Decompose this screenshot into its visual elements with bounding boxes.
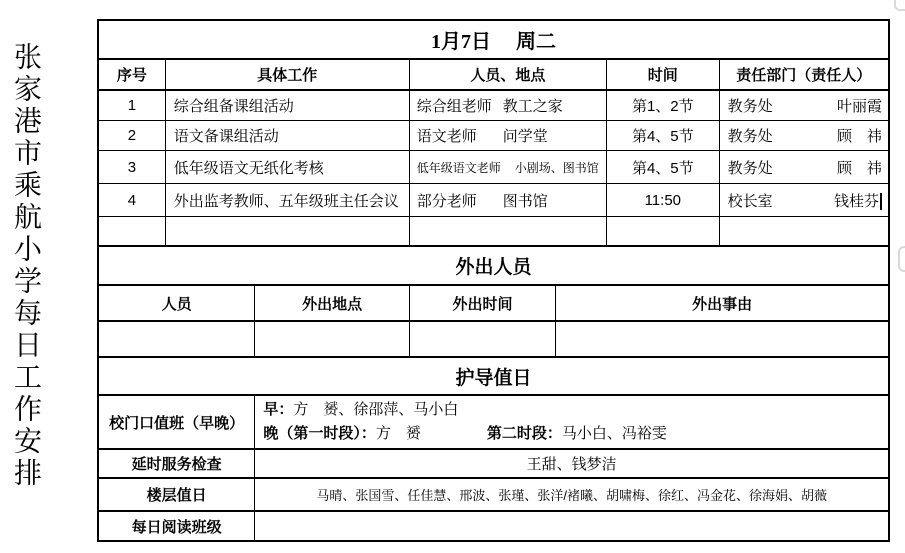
page: 张家港市乘航小学每日工作安排 1月7日 周二 序号 具体工作 人员、地点 时间 … xyxy=(0,0,905,553)
outing-header-time[interactable]: 外出时间 xyxy=(410,286,556,320)
empty-cell[interactable] xyxy=(410,322,556,356)
main-table-header-row: 序号 具体工作 人员、地点 时间 责任部门（责任人） xyxy=(99,60,888,91)
text-cursor xyxy=(880,193,882,210)
cell-no-1[interactable]: 1 xyxy=(99,91,166,120)
floor-duty-label[interactable]: 楼层值日 xyxy=(99,479,255,510)
header-no[interactable]: 序号 xyxy=(99,60,166,89)
gate-duty-content[interactable]: 早：方 赟、徐邵萍、马小白 晚（第一时段）：方 赟第二时段：马小白、冯裕雯 xyxy=(255,396,888,448)
daily-reading-names[interactable] xyxy=(255,512,888,540)
empty-cell[interactable] xyxy=(166,217,410,245)
header-personnel-location[interactable]: 人员、地点 xyxy=(410,60,607,89)
gate-second-names: 马小白、冯裕雯 xyxy=(562,425,667,442)
date-header-text: 1月7日 周二 xyxy=(431,25,556,54)
delay-check-label[interactable]: 延时服务检查 xyxy=(99,450,255,477)
cell-time-3[interactable]: 第4、5节 xyxy=(607,151,720,183)
delay-check-names[interactable]: 王甜、钱梦洁 xyxy=(255,450,888,477)
table-row-empty xyxy=(99,217,888,247)
cell-time-4[interactable]: 11:50 xyxy=(607,184,720,216)
outing-header-place[interactable]: 外出地点 xyxy=(255,286,409,320)
header-dept[interactable]: 责任部门（责任人） xyxy=(720,60,888,89)
empty-cell[interactable] xyxy=(99,217,166,245)
empty-cell[interactable] xyxy=(607,217,720,245)
cell-personnel-3[interactable]: 低年级语文老师小剧场、图书馆 xyxy=(410,151,607,183)
cell-dept-2[interactable]: 教务处顾 祎 xyxy=(720,121,888,150)
empty-cell[interactable] xyxy=(410,217,607,245)
outing-header-row: 人员 外出地点 外出时间 外出事由 xyxy=(99,286,888,322)
gate-morning-label: 早： xyxy=(263,401,293,418)
gate-morning-names: 方 赟、徐邵萍、马小白 xyxy=(293,401,458,418)
cell-time-2[interactable]: 第4、5节 xyxy=(607,121,720,150)
cell-dept-3[interactable]: 教务处顾 祎 xyxy=(720,151,888,183)
gate-duty-row: 校门口值班（早晚） 早：方 赟、徐邵萍、马小白 晚（第一时段）：方 赟第二时段：… xyxy=(99,396,888,450)
cell-task-4[interactable]: 外出监考教师、五年级班主任会议 xyxy=(166,184,410,216)
outing-section-title[interactable]: 外出人员 xyxy=(99,247,888,286)
cell-personnel-4[interactable]: 部分老师图书馆 xyxy=(410,184,607,216)
table-row: 3 低年级语文无纸化考核 低年级语文老师小剧场、图书馆 第4、5节 教务处顾 祎 xyxy=(99,151,888,184)
cell-personnel-1[interactable]: 综合组老师教工之家 xyxy=(410,91,607,120)
daily-schedule-sheet: 1月7日 周二 序号 具体工作 人员、地点 时间 责任部门（责任人） 1 综合组… xyxy=(97,19,890,542)
floor-duty-names[interactable]: 马晴、张国雪、任佳慧、邢波、张瑾、张洋/褚曦、胡啸梅、徐红、冯金花、徐海娟、胡薇 xyxy=(255,479,888,510)
header-time[interactable]: 时间 xyxy=(607,60,720,89)
daily-reading-label[interactable]: 每日阅读班级 xyxy=(99,512,255,540)
delay-check-row: 延时服务检查 王甜、钱梦洁 xyxy=(99,450,888,479)
gate-evening-label: 晚（第一时段）： xyxy=(263,425,376,442)
outing-row-empty xyxy=(99,322,888,358)
cell-dept-1[interactable]: 教务处叶丽霞 xyxy=(720,91,888,120)
cell-no-2[interactable]: 2 xyxy=(99,121,166,150)
scrollbar-thumb-artifact[interactable] xyxy=(898,246,905,272)
empty-cell[interactable] xyxy=(556,322,888,356)
table-row: 1 综合组备课组活动 综合组老师教工之家 第1、2节 教务处叶丽霞 xyxy=(99,91,888,121)
gate-duty-label[interactable]: 校门口值班（早晚） xyxy=(99,396,255,448)
cell-task-2[interactable]: 语文备课组活动 xyxy=(166,121,410,150)
cell-no-4[interactable]: 4 xyxy=(99,184,166,216)
gate-second-label: 第二时段： xyxy=(487,425,562,442)
cell-task-3[interactable]: 低年级语文无纸化考核 xyxy=(166,151,410,183)
empty-cell[interactable] xyxy=(99,322,255,356)
vertical-page-title: 张家港市乘航小学每日工作安排 xyxy=(6,42,46,502)
cell-personnel-2[interactable]: 语文老师问学堂 xyxy=(410,121,607,150)
gate-evening-names: 方 赟 xyxy=(376,425,421,442)
table-row: 2 语文备课组活动 语文老师问学堂 第4、5节 教务处顾 祎 xyxy=(99,121,888,151)
floor-duty-row: 楼层值日 马晴、张国雪、任佳慧、邢波、张瑾、张洋/褚曦、胡啸梅、徐红、冯金花、徐… xyxy=(99,479,888,512)
empty-cell[interactable] xyxy=(255,322,409,356)
duty-section-title[interactable]: 护导值日 xyxy=(99,358,888,396)
cell-no-3[interactable]: 3 xyxy=(99,151,166,183)
scrollbar-artifact-top[interactable] xyxy=(894,0,905,11)
date-header-row[interactable]: 1月7日 周二 xyxy=(99,21,888,60)
cell-time-1[interactable]: 第1、2节 xyxy=(607,91,720,120)
outing-header-reason[interactable]: 外出事由 xyxy=(556,286,888,320)
cell-dept-4[interactable]: 校长室钱桂芬 xyxy=(720,184,888,216)
cell-task-1[interactable]: 综合组备课组活动 xyxy=(166,91,410,120)
table-row: 4 外出监考教师、五年级班主任会议 部分老师图书馆 11:50 校长室钱桂芬 xyxy=(99,184,888,217)
header-task[interactable]: 具体工作 xyxy=(166,60,410,89)
outing-header-personnel[interactable]: 人员 xyxy=(99,286,255,320)
daily-reading-row: 每日阅读班级 xyxy=(99,512,888,540)
empty-cell[interactable] xyxy=(720,217,888,245)
